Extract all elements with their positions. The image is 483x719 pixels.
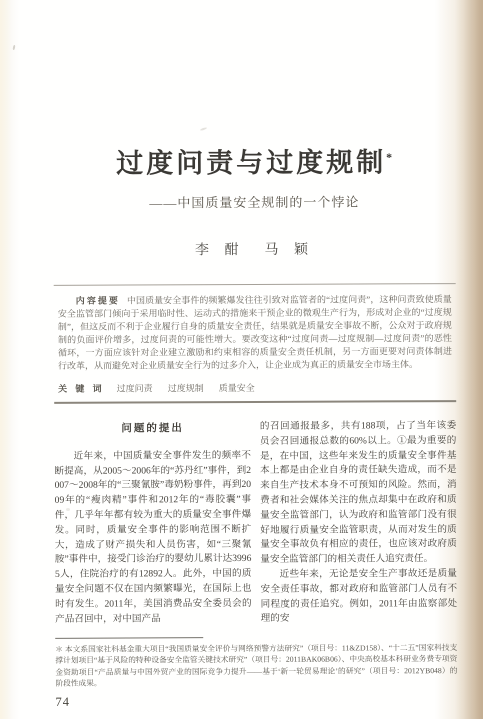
author-names: 李 酣 马 颖 <box>53 238 455 260</box>
abstract-label: 内容提要 <box>76 296 120 306</box>
abstract-top-rule <box>54 283 456 286</box>
paper-title: 过度问责与过度规制* <box>53 140 455 181</box>
section-heading: 问题的提出 <box>54 422 251 438</box>
abstract-text: 中国质量安全事件的频繁爆发往往引致对监管者的“过度问责”，这种问责致使质量安全监… <box>58 294 452 371</box>
body-paragraph: 近些年来，无论是安全生产事故还是质量安全责任事故，都对政府和监管部门人员有不同程… <box>260 567 457 627</box>
footnote-block: ＊ 本文系国家社科基金重大项目“我国质量安全评价与网络预警方法研究”（项目号：1… <box>55 636 457 710</box>
page-content: 过度问责与过度规制* ——中国质量安全规制的一个悖论 李 酣 马 颖 内容提要中… <box>0 0 483 710</box>
paper-subtitle: ——中国质量安全规制的一个悖论 <box>53 191 455 212</box>
body-paragraph: 的召回通报最多，共有188项，占了当年该委员会召回通报总数的60%以上。①最为重… <box>260 419 457 568</box>
keyword-item: 过度问责 <box>117 383 153 393</box>
page-number: 74 <box>55 693 457 710</box>
footnote-text: ＊ 本文系国家社科基金重大项目“我国质量安全评价与网络预警方法研究”（项目号：1… <box>55 642 457 689</box>
left-column: 问题的提出 近年来，中国质量安全事件发生的频率不断提高，从2005～2006年的… <box>54 420 251 628</box>
keywords-label: 关 键 词 <box>58 384 105 394</box>
abstract-block: 内容提要中国质量安全事件的频繁爆发往往引致对监管者的“过度问责”，这种问责致使质… <box>54 283 457 404</box>
keyword-item: 质量安全 <box>219 383 255 393</box>
keyword-item: 过度规制 <box>168 383 204 393</box>
footnote-separator-rule <box>55 637 203 639</box>
abstract-paragraph: 内容提要中国质量安全事件的频繁爆发往往引致对监管者的“过度问责”，这种问责致使质… <box>58 293 452 373</box>
abstract-bottom-rule <box>54 400 456 404</box>
paper-title-text: 过度问责与过度规制 <box>116 147 386 178</box>
title-footnote-marker: * <box>386 150 392 164</box>
body-columns: 问题的提出 近年来，中国质量安全事件发生的频率不断提高，从2005～2006年的… <box>54 419 457 628</box>
right-column: 的召回通报最多，共有188项，占了当年该委员会召回通报总数的60%以上。①最为重… <box>260 419 457 627</box>
keywords-line: 关 键 词过度问责过度规制质量安全 <box>58 380 452 395</box>
body-paragraph: 近年来，中国质量安全事件发生的频率不断提高，从2005～2006年的“苏丹红”事… <box>54 449 251 627</box>
scanned-page: 过度问责与过度规制* ——中国质量安全规制的一个悖论 李 酣 马 颖 内容提要中… <box>0 0 483 719</box>
